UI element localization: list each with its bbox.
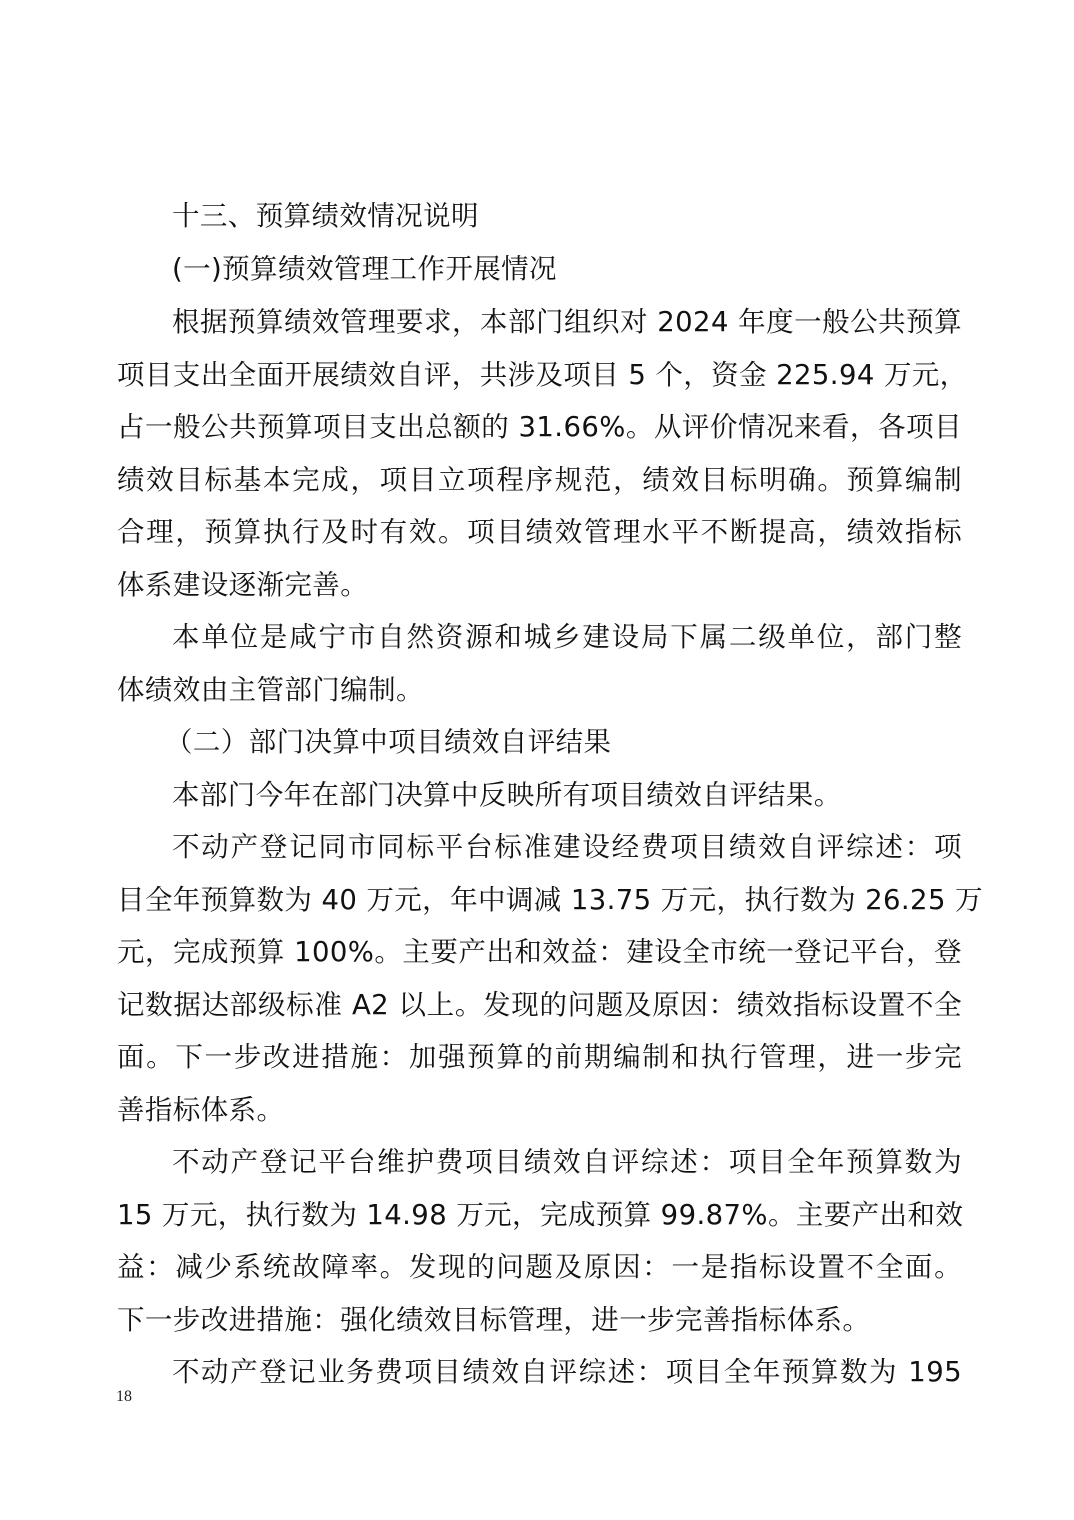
paragraph-line: 面。下一步改进措施：加强预算的前期编制和执行管理，进一步完	[117, 1031, 962, 1083]
paragraph-line: 本部门今年在部门决算中反映所有项目绩效自评结果。	[172, 769, 962, 821]
paragraph-line: 本单位是咸宁市自然资源和城乡建设局下属二级单位，部门整	[172, 611, 962, 663]
paragraph-line: 益：减少系统故障率。发现的问题及原因：一是指标设置不全面。	[117, 1241, 962, 1293]
paragraph-line: 目全年预算数为 40 万元，年中调减 13.75 万元，执行数为 26.25 万	[117, 874, 962, 926]
paragraph-line: 不动产登记业务费项目绩效自评综述：项目全年预算数为 195	[172, 1346, 962, 1398]
paragraph-line: 善指标体系。	[117, 1084, 962, 1136]
paragraph-line: 元，完成预算 100%。主要产出和效益：建设全市统一登记平台，登	[117, 926, 962, 978]
paragraph-line: 体绩效由主管部门编制。	[117, 664, 962, 716]
section-title: 十三、预算绩效情况说明	[172, 190, 962, 242]
paragraph-line: 项目支出全面开展绩效自评，共涉及项目 5 个，资金 225.94 万元，	[117, 349, 962, 401]
paragraph-line: 绩效目标基本完成，项目立项程序规范，绩效目标明确。预算编制	[117, 454, 962, 506]
paragraph-line: 占一般公共预算项目支出总额的 31.66%。从评价情况来看，各项目	[117, 401, 962, 453]
paragraph-line: 记数据达部级标准 A2 以上。发现的问题及原因：绩效指标设置不全	[117, 979, 962, 1031]
paragraph-line: 合理，预算执行及时有效。项目绩效管理水平不断提高，绩效指标	[117, 506, 962, 558]
paragraph-line: 根据预算绩效管理要求，本部门组织对 2024 年度一般公共预算	[172, 296, 962, 348]
subsection-title-2: （二）部门决算中项目绩效自评结果	[165, 716, 955, 768]
document-page: 十三、预算绩效情况说明 (一)预算绩效管理工作开展情况 根据预算绩效管理要求，本…	[0, 0, 1074, 1520]
paragraph-line: 下一步改进措施：强化绩效目标管理，进一步完善指标体系。	[117, 1294, 962, 1346]
paragraph-line: 不动产登记同市同标平台标准建设经费项目绩效自评综述：项	[172, 821, 962, 873]
paragraph-line: 体系建设逐渐完善。	[117, 559, 962, 611]
paragraph-line: 不动产登记平台维护费项目绩效自评综述：项目全年预算数为	[172, 1136, 962, 1188]
subsection-title-1: (一)预算绩效管理工作开展情况	[172, 243, 962, 295]
page-number: 18	[116, 1388, 132, 1406]
paragraph-line: 15 万元，执行数为 14.98 万元，完成预算 99.87%。主要产出和效	[117, 1189, 962, 1241]
